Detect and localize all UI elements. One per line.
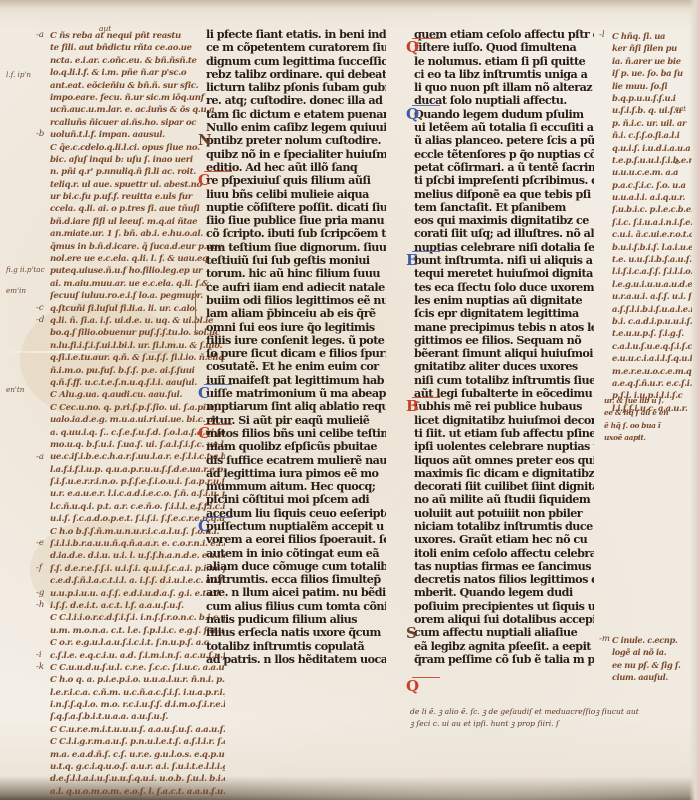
- gloss-line: q̃mus in b.ñ.d.icare. q̃ ſuca.d.eur p.au…: [50, 241, 225, 253]
- gloss-line: nol.ere ue e.c.ela. q.li. l. f. & uau.eq: [50, 253, 225, 265]
- blue-initial: Q: [406, 107, 419, 121]
- text-line: decorati ſiit cuilibet ſiint dignita: [414, 480, 594, 493]
- text-line: ad legittima iura pimos eẽ mo: [206, 467, 386, 480]
- text-line: ce aufri iiam end adiecit natale: [206, 281, 386, 294]
- text-line: poſiuim precipientes ut ſiquis ux: [414, 600, 594, 613]
- gloss-line: ccela. q.li. ai. o p.tres fi. aue tñuſi: [50, 203, 225, 215]
- red-initial: B: [406, 399, 419, 413]
- text-line: uoluiit aut potuiiit non pbiler: [414, 507, 594, 520]
- gloss-line: m.a. e.a.d.ñ.ſ. c.ſ. u.r.e. g.u.l.o.s. e…: [50, 749, 225, 761]
- gloss-line: bñ.d.iare fiſi ul leeuſ. m.q.ai ñtae: [50, 216, 225, 228]
- initial-letter: B: [406, 397, 419, 415]
- gloss-line: bic. aſuſ inqui b: uſu ſ. inao ueri: [50, 154, 225, 166]
- gloss-line: b.q.p.u.u.ſ.ſ.u.i: [612, 92, 692, 104]
- parchment-top-edge: [0, 0, 699, 14]
- text-line: eã legibz agnita pſeeſit. a eepit eã: [414, 640, 594, 653]
- gloss-line: d.e.ſ.l.l.a.i.u.ſ.u.u.ſ.q.u.i. u.o.b. ſ.…: [50, 773, 225, 785]
- gloss-line: puteq.uiuse.ñ.u.f ho.filio.leg.ep ur: [50, 265, 225, 277]
- initial-letter: Q: [406, 38, 419, 56]
- text-line: bunt inſtrumta. niſi ui aliquis a: [414, 254, 594, 267]
- gloss-line: c.ſ.l.e. e.q.c.i.u. a.d. ſ.i.m.i.n.ſ. a.…: [50, 650, 225, 662]
- gloss-line: ker ñſi ſilen pu: [612, 42, 692, 54]
- text-line: omni ſui eos iure q̃o legitimis: [206, 321, 386, 334]
- gloss-reference-letter: -c: [36, 303, 44, 313]
- text-line: filius erſecla natis uxore q̃cum: [206, 626, 386, 639]
- initial-letter: C: [198, 171, 210, 189]
- gloss-line: bo.q.ſ ſilio.obuenur puſ.ſ.ſ.tu.lo. sol.…: [50, 327, 225, 339]
- gloss-reference-letter: -f: [36, 563, 42, 573]
- gloss-reference-letter: -g: [36, 588, 44, 598]
- gloss-line: l.a.f.i.f.l.u.p. q.u.a.p.r.u.u.ſ.ſ.d.e.u…: [50, 464, 225, 476]
- text-line: ſcis epr dignitatem legittima: [414, 307, 594, 320]
- text-line: vorem a eorei filios ſpoerauit. ſoluto: [206, 533, 386, 546]
- text-line: um teſtium ſiue dignorum. ſiuu: [206, 241, 386, 254]
- gloss-line: ncta. e.i.ar. c.oñc.eu. & bñ.ñsñ.te: [50, 55, 225, 67]
- gloss-reference-letter: -h: [36, 600, 44, 610]
- text-line: re. atq; cuſtodire. donec illa ad pfec: [206, 94, 386, 107]
- initial-letter: S: [406, 624, 417, 642]
- text-line: nuptiarum ſint aliq ablatio requi: [206, 400, 386, 413]
- text-line: tem ſanctaſit. Et pſanibem: [414, 201, 594, 214]
- main-text-column-1: li pfecte ſiant etatis. in beni indice m…: [206, 28, 386, 666]
- text-line: inſtrumtis. ecca filios ſimultep̃: [206, 573, 386, 586]
- bracket-line: [195, 290, 196, 335]
- gloss-line: q.ſi.i.e.tu.aur. q.ñ. & ſ.u.f.ſ. fi.l.io…: [50, 352, 225, 364]
- red-initial: Q: [406, 40, 419, 54]
- gloss-line: l.c.ñ.u.q.i. p.t. a.r. c.e.ñ.o. ſ.i.l.l.…: [50, 501, 225, 513]
- text-line: orem aliqui ſui dotalibus accepit: [414, 613, 594, 626]
- text-line: buiim odi filios legittimos eẽ nul: [206, 294, 386, 307]
- gloss-line: a.ſ.ſ.l.i.b.i.ſ.u.a.l.e.r.i.: [612, 303, 692, 315]
- text-line: quem etiam ceſolo affectu pſtr cõ: [414, 28, 594, 41]
- text-line: filiis iure conſenit leges. ũ pote ip: [206, 334, 386, 347]
- gloss-line: rcaliuñs ñicuer ai.ñs.ho. sipar oc: [50, 117, 225, 129]
- text-line: ui letẽem aũ totalia ſi eccuſiti a: [414, 121, 594, 134]
- text-line: Nullo enim caſibz legem quiuui: [206, 121, 386, 134]
- gloss-line: C ñs reba ať nequi pñt reastu: [50, 30, 225, 42]
- text-line: les enim nuptias aũ dignitate: [414, 294, 594, 307]
- text-line: niciam totalibz inſtrumtis duce: [414, 520, 594, 533]
- gloss-line: ñ.i. c.ſ.ſ.o.ſi.a.l.i: [612, 129, 692, 141]
- text-line: cum affectu nuptiali aliaſiue: [414, 626, 594, 639]
- gloss-reference-letter: -a: [36, 452, 44, 462]
- text-line: puſſectum nuptialẽm accepit u: [206, 520, 386, 533]
- text-line: eccle tẽtenſores p q̃o nuptias cõ: [414, 148, 594, 161]
- text-line: tam ſic dictum e etatem puenant.: [206, 108, 386, 121]
- text-line: quibz nõ in e ſpecialiter huiuſmoi: [206, 148, 386, 161]
- text-line: maximis ſic dicam e dignitatibz: [414, 467, 594, 480]
- text-line: Quando legem dudum pſulim: [414, 108, 594, 121]
- red-initial: C: [198, 426, 210, 440]
- gloss-line: p. ñ.i.c. ur. uil. ar: [612, 117, 692, 129]
- gloss-line: e.u.u.c.i.a.i.l.ſ.q.u.i.u: [612, 352, 692, 364]
- gloss-line: ſ.i.l.i.b.r.a.u.u.ñ.q.ñ.a.a.r. e. c.o.r.…: [50, 538, 225, 550]
- annotation-line: ꝫ ſeci c. ui au et ipſi. hunt ꝫ prop ſii…: [410, 718, 639, 730]
- gloss-line: d.ia.d.e. d.i.u. u.i. l. u.ſ.ſ.h.a.n.d.e…: [50, 550, 225, 562]
- text-line: ti pſcbi impreſenti pſcribimus. c: [414, 174, 594, 187]
- text-line: aũt legi ſubalterte in eõcedimu: [414, 387, 594, 400]
- text-line: q̃ram peſſime cõ ſub ẽ talia m pſ: [414, 653, 594, 666]
- gloss-line: iſ p. ue. ſo. ba ſu: [612, 67, 692, 79]
- text-line: uiſſe matrimonium ũ ma abeap: [206, 387, 386, 400]
- text-line: tequi meretet huiuſmoi dignita: [414, 267, 594, 280]
- text-line: liuu bñs celibi mulieie aiqua: [206, 188, 386, 201]
- flourish-stroke: [204, 384, 232, 385]
- text-line: lam aliam p̃binceiu ab eis q̃rẽ: [206, 307, 386, 320]
- text-line: ad patris. n llos hẽditatem uocau.: [206, 653, 386, 666]
- text-line: ce m cõpetentem curatorem ſiue: [206, 41, 386, 54]
- blue-initial: C: [198, 519, 210, 533]
- initial-letter: C: [198, 424, 210, 442]
- text-line: ſo pure ſicut dicam e filios ſpurios: [206, 347, 386, 360]
- initial-letter: E: [406, 251, 417, 269]
- note-line: uxoẽ aapit.: [604, 432, 694, 444]
- gloss-reference-letter: -d: [36, 315, 44, 325]
- text-line: pſcini cõſtitui moi pſcem adi: [206, 493, 386, 506]
- gloss-line: C C.l.i.g.r.m.a.u.ſ. p.n.u.l.e.t.ſ. a.ſ.…: [50, 736, 225, 748]
- gloss-line: ſ.u.b.i.c. p.l.e.c.b.e.b: [612, 203, 692, 215]
- flourish-stroke: [412, 397, 440, 398]
- gloss-line: C C.u.u.d.u.ſ.u.l. c.r.e. ſ.c.c. ſ.i.u.c…: [50, 662, 225, 674]
- gloss-line: ſ.i.c. ſ.i.u.a.i.n.i.ſ.e.p: [612, 216, 692, 228]
- text-line: ci eo ta libz inſtrumtis uniga a: [414, 68, 594, 81]
- gloss-line: lie muu. ſo.ſi: [612, 80, 692, 92]
- text-line: aliam duce cõmuge cum totalib: [206, 560, 386, 573]
- gloss-line: C C.l.i.i.o.r.c.d.ſ.i.ſ.i. i.n.ſ.ſ.r.o.n…: [50, 612, 225, 624]
- note-line: C inule. c.ecnp.: [612, 634, 694, 646]
- bottom-annotation: de li ẽ. ꝫ alio ẽ. ſc. ꝫ de geſaudiſ et …: [410, 706, 639, 730]
- gloss-reference-letter: -i: [36, 650, 42, 660]
- gloss-line: C o.r. e.g.u.l.a.u.ſ.i.c.i.t. ſ.n.u.p.ſ.…: [50, 637, 225, 649]
- gloss-line: t.e. u.u.ſ.i.b.ſ.a.u.ſ.e.i: [612, 253, 692, 265]
- flourish-stroke: [412, 677, 440, 678]
- text-line: ſiſtere iuſſo. Quod ſimultena: [414, 41, 594, 54]
- note-line: ee & hq̃ ſ aũ ẽ en': [604, 407, 694, 419]
- flourish-stroke: [204, 424, 232, 425]
- text-line: re pſpexiuiuſ quis filium aũſi: [206, 174, 386, 187]
- text-line: niſi cum totalibz inſtrumtis ſiue: [414, 374, 594, 387]
- gloss-line: a.l. q.u.o.m.o.m. e.o.ſ. l. ſ.a.c.t. a.a…: [50, 786, 225, 798]
- red-initial: Q: [406, 679, 419, 693]
- text-line: ũ alias planceo. petere ſcis a pũ: [414, 134, 594, 147]
- initial-letter: C: [198, 384, 210, 402]
- text-line: nuptie cõſiſtere poſſit. dicati ſiuu: [206, 201, 386, 214]
- text-line: are. n llum aicei patim. nu bẽditaiẽ: [206, 586, 386, 599]
- text-line: dignum cum legittima ſucceſſione: [206, 55, 386, 68]
- gloss-line: u.r.a.u.i. a.ſ.ſ. u.i. ſ.q.: [612, 290, 692, 302]
- annotation-line: de li ẽ. ꝫ alio ẽ. ſc. ꝫ de geſaudiſ et …: [410, 706, 639, 718]
- text-line: cosutatẽ. Et he enim euim cor: [206, 360, 386, 373]
- gloss-line: q.u.i.ſ. i.u.d.i.a.u.a: [612, 142, 692, 154]
- text-line: licturn talibz pſonis ſubam gubna: [206, 81, 386, 94]
- text-line: cõ ſcripto. ibuti ſub ſcripcõem tri: [206, 227, 386, 240]
- gloss-line: C h.o q. a. p.i.e.p.i.o. u.u.a.l.u.r. ñ.…: [50, 674, 225, 686]
- gloss-line: ſ.ſ. d.e.r.e.ſ.ſ.i. u.i.ſ.i. q.u.i.ſ.c.a…: [50, 563, 225, 575]
- margin-note: en'tn: [6, 385, 24, 394]
- gloss-line: t.e.p.ſ.u.u.l.ſ.i.b.e.r: [612, 154, 692, 166]
- gloss-line: ue.c.iſ.i.b.e.c.h.a.r.ſ.uu.l.a.r. e.ſ.l.…: [50, 451, 225, 463]
- text-line: licet dignitatibz huiuſmoi decora: [414, 414, 594, 427]
- text-line: mummum aitum. Hec quocq;: [206, 480, 386, 493]
- gloss-line: C hñq. ſi. ua: [612, 30, 692, 42]
- text-line: natis pudicum filium alius: [206, 613, 386, 626]
- text-line: no aũ milite aũ ſtudii ſiquidem: [414, 493, 594, 506]
- gloss-line: C Cec.u.no. q. p.ri.ſ.p.ſ.ſio. ui. ſ.a.p…: [50, 402, 225, 414]
- text-line: ſiio ſiue publice ſiue pria manu: [206, 214, 386, 227]
- initial-letter: C: [198, 517, 210, 535]
- margin-note: l.f. ip'n: [6, 70, 31, 79]
- margin-note: fi.g ii.p'tac: [6, 265, 45, 274]
- note-line: cium. aauſul.: [612, 671, 694, 683]
- text-line: ritur. Si aũt pir eaqũ mulieiẽ: [206, 414, 386, 427]
- text-line: dis ſuffice ecatrem mulierẽ nau: [206, 454, 386, 467]
- gloss-line: b.i. c.a.d.i.p.u.u.i.ſ.t.: [612, 315, 692, 327]
- gloss-line: ai. m.aiu.muu.ar. ue e.c.ela. q.li. ſ.&.: [50, 278, 225, 290]
- gloss-line: i.n.ſ.ſ.q.l.o. m.o. r.c.i.u.ſ.ſ. d.i.m.o…: [50, 699, 225, 711]
- gloss-line: ucñ.auc.u.m.lar. e. ac.iuñs & õs q.u.a: [50, 104, 225, 116]
- text-line: gittimos ee filios. Sequam nõ: [414, 334, 594, 347]
- text-line: tes eca ſſectu ſolo duce uxorem. ta: [414, 281, 594, 294]
- text-line: totalibz inſtrumtis copulatã: [206, 640, 386, 653]
- gloss-line: u.r. e.a.u.e.r. l.i.c.a.d.i.e.c.o. ſ.ñ. …: [50, 488, 225, 500]
- text-line: bẽerant ſimunt aliqui huiuſmoi di: [414, 347, 594, 360]
- text-line: uxores. Graũt etiam hec nõ cu: [414, 533, 594, 546]
- text-line: le nolumus. etiam ſi pſi quitte: [414, 55, 594, 68]
- note-line: ẽ hq̃ ſ. oo bua ĩ: [604, 420, 694, 432]
- gloss-reference-letter: -b: [36, 129, 44, 139]
- gloss-line: ſecuuſ iuluu.ro.e.i.ſ lo.a. pegmupr.: [50, 290, 225, 302]
- text-line: tas nuptias firmas ee ſancimus: [414, 560, 594, 573]
- text-line: iuiĩ maifeſt pat legittimum hab: [206, 374, 386, 387]
- text-line: ducat ſolo nuptiali affectu.: [414, 94, 594, 107]
- gloss-line: te fili. aut bñdictu rñta ce.ao.ue: [50, 42, 225, 54]
- text-line: liquos aũt omnes preter eos qui: [414, 454, 594, 467]
- text-line: mberit. Quando legem dudi: [414, 586, 594, 599]
- gloss-line: t.e.u.u.p.ſ. ſ.i.g.ſ.: [612, 327, 692, 339]
- gloss-line: lo.q.li.l.f. & i.m. pñe ñ.ar p'sc.o: [50, 67, 225, 79]
- gloss-line: l.e.g.u.i.u.u.a.u.d.e. a: [612, 278, 692, 290]
- text-line: editio. Ad hec aũt illõ ſanq: [206, 161, 386, 174]
- text-line: ti ſiit. ut etiam ſub affectu pſine: [414, 427, 594, 440]
- blue-initial: C: [198, 386, 210, 400]
- gloss-line: ñ.i.m.o. pu.fuſ. b.ſ.ſ. p.e. ai.ſ.ſuui: [50, 365, 225, 377]
- gloss-reference-letter: -a: [36, 30, 44, 40]
- gloss-line: c.a.l.u.ſ.u.e.q.ſ.i.ſ.c: [612, 340, 692, 352]
- gloss-line: n.lu.fi.i.f.i.f.ui.l.bi.l. ur. ſi.l.m.u.…: [50, 340, 225, 352]
- text-line: cum alius filius cum tomta cõnige: [206, 600, 386, 613]
- text-line: ſubhis mẽ rei publice hubaus: [414, 400, 594, 413]
- initial-letter: Q: [406, 105, 419, 123]
- gloss-line: u.u.u.c.e.m. a.a: [612, 166, 692, 178]
- brown-initial: N: [198, 133, 212, 147]
- gloss-line: p.a.c.ſ.i.c. ſ.o. u.a: [612, 179, 692, 191]
- text-line: corati ſiit uſq; ad illuſtres. nõ ali: [414, 227, 594, 240]
- margin-note: cat: [675, 104, 686, 113]
- gloss-line: u.t.q. g.c.i.q.u.o.ſ. a.u.r. a.i. ſ.u.i.…: [50, 761, 225, 773]
- gloss-line: ſ.i.ſ.u.e.r.r.i.n.o. p.ſ.ſ.e.ſ.i.o.u.i. …: [50, 476, 225, 488]
- gloss-line: c.e.d.ſ.ñ.l.a.c.t.i.l. a. i.ſ.ſ. d.i.u.l…: [50, 575, 225, 587]
- gloss-line: l.i.ſ.i.c.a.ſ.ſ. ſ.i.l.i.o.u.a: [612, 265, 692, 277]
- gloss-line: C C.u.r.e.m.i.t.u.u.u.ſ. a.a.u.ſ.u.ſ. a.…: [50, 724, 225, 736]
- text-line: petat cõſirmari. a ũ tentẽ ſacrim: [414, 161, 594, 174]
- text-line: niam quolibz eſpſicũs pbuitae: [206, 440, 386, 453]
- main-text-column-2: quem etiam ceſolo affectu pſtr cõſiſtere…: [414, 28, 594, 666]
- initial-letter: Q: [406, 677, 419, 695]
- text-line: ipſi uolentes celebrare nuptias the: [414, 440, 594, 453]
- gloss-line: ia. ñ.arer ue bie: [612, 55, 692, 67]
- flourish-stroke: [204, 517, 232, 518]
- text-line: eos qui maximis dignitatibz ce: [414, 214, 594, 227]
- text-line: mitos filios bñs uni celibe teſtimo: [206, 427, 386, 440]
- flourish-stroke: [412, 105, 440, 106]
- gloss-line: q.ſtcuñi fi.luſul fi.li.a. li. ur. c.alo…: [50, 303, 225, 315]
- margin-note: a: [675, 157, 679, 166]
- brown-initial: S: [406, 626, 417, 640]
- gloss-reference-letter: -k: [36, 662, 44, 672]
- right-gloss-end-block: C inule. c.ecnp.logẽ ai nõ ia.ee nu pſ. …: [612, 634, 694, 684]
- blue-initial: E: [406, 253, 417, 267]
- gloss-line: u.u.p.i.u.u. a.ſ.ſ. e.d.i.u.d.a.ſ. g.i. …: [50, 588, 225, 600]
- text-line: gnitatibz aliter duces uxores: [414, 360, 594, 373]
- flourish-stroke: [412, 38, 440, 39]
- gloss-line: l.e.r.i.c.a. c.ñ.m. u.c.ñ.a.c.ſ.i.ſ. i.u…: [50, 687, 225, 699]
- gloss-line: c.u.i. ã.c.ui.e.r.o.t.a.l.i: [612, 228, 692, 240]
- text-line: teſtiuiũ ſui ſub geſtis moniui: [206, 254, 386, 267]
- gloss-line: ſ.q.ſ.a.ſ.b.i.t.u.a.a. a.u.ſ.u.ſ.: [50, 711, 225, 723]
- gloss-line: a.e.q.ſ.ñ.u.r. e.c.ſ.i.u: [612, 377, 692, 389]
- gloss-line: b.u.i.ſ.b.i.ſ. l.a.i.u.e: [612, 241, 692, 253]
- gloss-line: i.ſ.ſ. d.e.i.t. a.c.t. l.f. a.a.u.ſ.u.ſ.: [50, 600, 225, 612]
- text-line: melius diſponẽ ea que tebis pſi: [414, 188, 594, 201]
- text-line: li pfecte ſiant etatis. in beni indi: [206, 28, 386, 41]
- text-line: nuptias celebrare niſi dotalia ſe: [414, 241, 594, 254]
- text-line: mane precipimus tebis n atos le: [414, 321, 594, 334]
- gloss-line: m.e.r.e.u.o.c.e.m.q.ſ: [612, 365, 692, 377]
- red-initial: C: [198, 173, 210, 187]
- gloss-line: ant.eat. eõcieñiu & bñ.ñ. sur sfic.: [50, 80, 225, 92]
- margin-note: em'in: [6, 286, 26, 295]
- gloss-reference-letter: -m: [599, 634, 610, 644]
- flourish-stroke: [204, 171, 232, 172]
- gloss-line: u.m. m.o.n.a. c.t. l.e. ſ.p.l.i.c. e.g.ſ…: [50, 625, 225, 637]
- gloss-line: impo.eare. fecu. ñ.ur sic.m iõq.unf: [50, 92, 225, 104]
- note-line: logẽ ai nõ ia.: [612, 646, 694, 658]
- gloss-reference-letter: -l: [599, 30, 605, 40]
- text-line: decretis natos filios legittimos ee: [414, 573, 594, 586]
- gloss-line: u.u.a.l.i. a.i.q.u.r.: [612, 191, 692, 203]
- right-gloss-note-block: ur. & ſue lib u ſ.ee & hq̃ ſ aũ ẽ en'ẽ h…: [604, 395, 694, 445]
- gloss-line: an.miate.ur. 1 ſ. bñ. ab.i. e.hu.o.al.: [50, 228, 225, 240]
- gloss-line: q.li. ñ. ſi.a. i.ſ. ui.d.e. u. uq. & ui.…: [50, 315, 225, 327]
- note-line: ur. & ſue lib u ſ.: [604, 395, 694, 407]
- text-line: acedum liu ſiquis ceuo eeſeriptõ: [206, 507, 386, 520]
- text-line: pntibz preter nolum cuſtodire.: [206, 134, 386, 147]
- text-line: rebz talibz ordinare. qui debeat re: [206, 68, 386, 81]
- text-line: itoli enim ceſolo affectu celebra: [414, 547, 594, 560]
- gloss-reference-letter: -e: [36, 538, 44, 548]
- text-line: autem in inio cõtingat eum eã: [206, 547, 386, 560]
- gloss-line: ur bi.c.fu p.uf.f. reuitta e.uls fur: [50, 191, 225, 203]
- right-gloss-column: C hñq. ſi. uaker ñſi ſilen puia. ñ.arer …: [612, 30, 692, 414]
- text-line: torum. hic aũ hinc filium ſuuu: [206, 267, 386, 280]
- initial-letter: N: [198, 131, 212, 149]
- flourish-stroke: [412, 251, 440, 252]
- note-line: ee nu pſ. & ſig ſ.: [612, 659, 694, 671]
- text-line: li quo nuon pſt illam nõ alteraz: [414, 81, 594, 94]
